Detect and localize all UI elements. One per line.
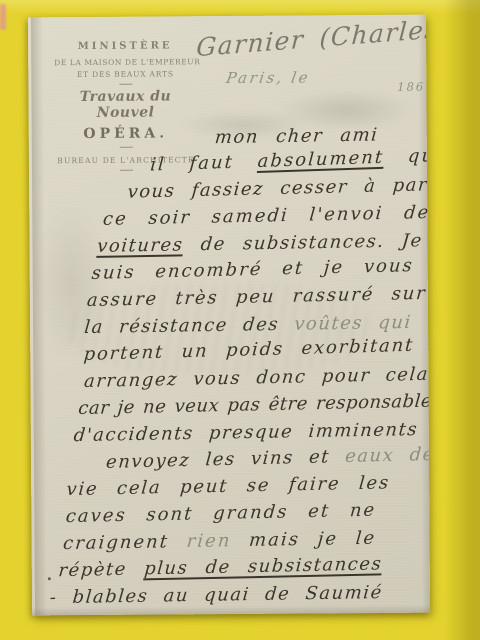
handwritten-line: - blables au quai de Saumié bbox=[49, 579, 400, 611]
handwritten-text: ce soir samedi l'envoi de bbox=[102, 202, 430, 230]
background-highlight bbox=[0, 0, 480, 14]
handwritten-text: craignent bbox=[62, 531, 187, 554]
photo-of-letter: { "colors": { "bg": "#e4d32e", "bg-edge"… bbox=[0, 0, 480, 640]
letter-lines: mon cher amiil faut absolument quevous f… bbox=[37, 122, 431, 611]
letterhead-travaux: Travaux du Nouvel bbox=[54, 88, 196, 121]
dateline: Paris, le 186 bbox=[226, 67, 425, 87]
handwritten-text: - blables au quai de Saumié bbox=[49, 582, 384, 608]
letterhead-divider bbox=[119, 84, 132, 85]
letter-paper: MINISTÈRE DE LA MAISON DE L'EMPEREUR ET … bbox=[28, 15, 430, 616]
pink-edge-mark bbox=[0, 4, 6, 30]
photo-background: MINISTÈRE DE LA MAISON DE L'EMPEREUR ET … bbox=[0, 0, 480, 640]
letterhead-maison: DE LA MAISON DE L'EMPEREUR bbox=[54, 57, 196, 67]
handwritten-text: mais je le bbox=[230, 528, 377, 552]
handwritten-text: suis encombré et je vous bbox=[91, 255, 415, 284]
handwritten-text: que bbox=[383, 145, 430, 168]
handwritten-text: vie cela peut se faire les bbox=[66, 472, 391, 500]
handwritten-text: de subsistances. Je bbox=[183, 230, 424, 255]
handwritten-text: eaux de bbox=[344, 444, 430, 467]
letterhead-beaux-arts: ET DES BEAUX ARTS bbox=[54, 69, 196, 79]
dateline-city: Paris, le bbox=[225, 68, 312, 87]
handwritten-text: il faut bbox=[149, 151, 258, 176]
handwritten-text: assure très peu rassuré sur bbox=[86, 283, 427, 311]
handwritten-text: vous fassiez cesser à partir de bbox=[127, 173, 430, 203]
handwritten-text: la résistance des bbox=[83, 314, 295, 338]
handwritten-text: caves sont grands et ne bbox=[65, 500, 377, 528]
handwritten-text: plus de subsistances bbox=[143, 553, 383, 579]
handwritten-text: car je ne veux pas être responsable bbox=[78, 391, 431, 419]
letterhead-ministry: MINISTÈRE bbox=[54, 40, 196, 52]
background-shadow bbox=[444, 0, 480, 640]
handwritten-text: répète bbox=[58, 558, 145, 581]
handwritten-text: absolument bbox=[257, 147, 385, 172]
handwritten-text: portent un poids exorbitant bbox=[83, 335, 415, 365]
dateline-year: 186 bbox=[397, 80, 425, 94]
handwritten-text: voûtes qui bbox=[293, 312, 412, 335]
handwritten-text: envoyez les vins et bbox=[105, 446, 346, 473]
handwritten-text: rien bbox=[186, 530, 232, 552]
pencil-annotation: Garnier (Charles) bbox=[196, 15, 431, 63]
handwritten-text: voitures bbox=[96, 234, 184, 257]
handwritten-text: arrangez vous donc pour cela bbox=[83, 364, 430, 392]
